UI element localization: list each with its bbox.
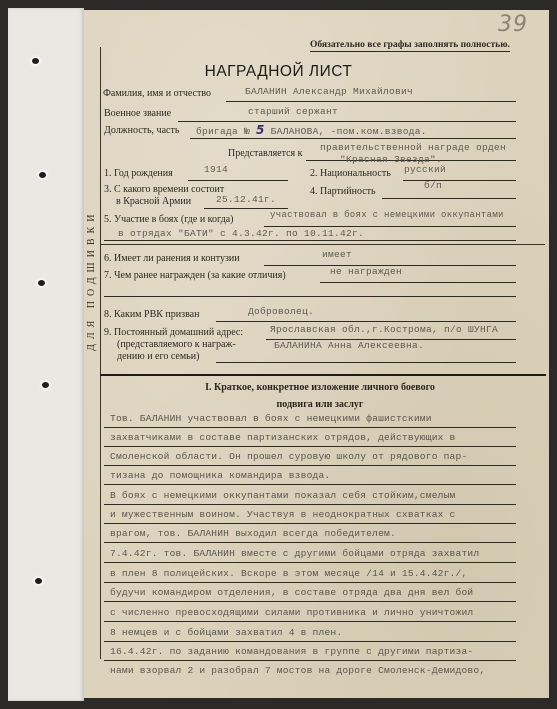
wounds-value: имеет bbox=[322, 249, 352, 260]
army-since-underline bbox=[204, 208, 288, 209]
address-value-line1: Ярославская обл.,г.Кострома, п/о ШУНГА bbox=[270, 324, 498, 335]
nominated-value-line1: правительственной награде орден bbox=[320, 142, 506, 153]
ruled-line bbox=[104, 484, 516, 485]
narrative-line: в плен 8 полицейских. Вскоре в этом меся… bbox=[110, 568, 467, 579]
rank-label: Военное звание bbox=[104, 108, 171, 119]
narrative-line: и мужественным воином. Участвуя в неодно… bbox=[110, 509, 456, 520]
blank-line bbox=[104, 296, 516, 297]
ruled-line bbox=[104, 523, 516, 524]
address-label-line2: (представляемого к нагpаж- bbox=[117, 339, 236, 350]
army-since-label-line1: 3. С какого времени состоит bbox=[104, 184, 224, 195]
birth-year-label: 1. Год рождения bbox=[104, 168, 173, 179]
birth-year-underline bbox=[188, 180, 288, 181]
rvk-label: 8. Каким РВК призван bbox=[104, 309, 199, 320]
nationality-underline bbox=[403, 180, 516, 181]
document-title: НАГРАДНОЙ ЛИСТ bbox=[0, 63, 557, 81]
rvk-underline bbox=[216, 321, 516, 322]
punch-hole bbox=[39, 172, 46, 178]
narrative-line: 7.4.42г. тов. БАЛАНИН вместе с другими б… bbox=[110, 548, 479, 559]
ruled-line bbox=[104, 427, 516, 428]
battles-label: 5. Участие в боях (где и когда) bbox=[104, 214, 234, 225]
address-label-line3: дению и его семьи) bbox=[117, 351, 199, 362]
narrative-line: захватчиками в составе партизанских отря… bbox=[110, 432, 456, 443]
narrative-line: с численно превосходящими силами противн… bbox=[110, 607, 473, 618]
punch-hole bbox=[35, 578, 42, 584]
narrative-line: тизана до помощника командира взвода. bbox=[110, 470, 330, 481]
position-label: Должность, часть bbox=[104, 125, 179, 136]
ruled-line bbox=[104, 542, 516, 543]
narrative-line: В боях с немецкими оккупантами показал с… bbox=[110, 490, 456, 501]
ruled-line bbox=[104, 582, 516, 583]
name-value: БАЛАНИН Александр Михайлович bbox=[245, 86, 413, 97]
party-underline bbox=[382, 198, 516, 199]
narrative-line: будучи командиром отделения, в составе о… bbox=[110, 587, 473, 598]
divider bbox=[100, 244, 545, 245]
party-label: 4. Партийность bbox=[310, 186, 376, 197]
prev-awards-label: 7. Чем ранее награжден (за какие отличия… bbox=[104, 270, 286, 281]
position-value: бригада № 5 БАЛАНОВА, -пом.ком.взвода. bbox=[196, 123, 427, 137]
army-since-value: 25.12.41г. bbox=[216, 194, 276, 205]
binding-margin-label: ДЛЯ ПОДШИВКИ bbox=[86, 180, 100, 380]
ruled-line bbox=[104, 465, 516, 466]
rank-value: старший сержант bbox=[248, 106, 338, 117]
prev-awards-value: не награжден bbox=[330, 266, 402, 277]
battles-underline-2 bbox=[104, 240, 516, 241]
name-underline bbox=[226, 101, 516, 102]
wounds-label: 6. Имеет ли ранения и контузии bbox=[104, 253, 240, 264]
ruled-line bbox=[104, 446, 516, 447]
address-label-line1: 9. Постоянный домашний адрес: bbox=[104, 327, 243, 338]
nationality-label: 2. Национальность bbox=[310, 168, 391, 179]
party-value: б/п bbox=[424, 180, 442, 191]
narrative-line: врагом, тов. БАЛАНИН выходил всегда побе… bbox=[110, 528, 396, 539]
narrative-line: 16.4.42г. по заданию командования в груп… bbox=[110, 646, 473, 657]
binding-strip bbox=[8, 8, 84, 701]
punch-hole bbox=[38, 280, 45, 286]
section-title-line2: подвига или заслуг bbox=[100, 399, 540, 410]
ruled-line bbox=[104, 660, 516, 661]
narrative-line: нами взорвал 2 и разобрал 7 мостов на до… bbox=[110, 665, 485, 676]
name-label: Фамилия, имя и отчество bbox=[103, 88, 211, 99]
ruled-line bbox=[104, 601, 516, 602]
army-since-label-line2: в Красной Армии bbox=[116, 196, 191, 207]
prev-awards-underline bbox=[320, 282, 516, 283]
battles-value-line1: участвовал в боях с немецкими оккупантам… bbox=[270, 210, 504, 220]
ruled-line bbox=[104, 641, 516, 642]
rank-underline bbox=[178, 121, 516, 122]
narrative-line: Смоленской области. Он прошел суровую шк… bbox=[110, 451, 467, 462]
nationality-value: русский bbox=[404, 164, 446, 175]
address-underline-2 bbox=[216, 362, 516, 363]
battles-underline bbox=[264, 226, 516, 227]
rvk-value: Доброволец. bbox=[248, 306, 314, 317]
page-number: 39 bbox=[498, 12, 528, 37]
punch-hole bbox=[42, 382, 49, 388]
section-title-line1: I. Краткое, конкретное изложение личного… bbox=[100, 382, 540, 393]
ruled-line bbox=[104, 504, 516, 505]
ruled-line bbox=[104, 621, 516, 622]
margin-rule bbox=[100, 47, 101, 659]
battles-value-line2: в отрядах "БАТИ" с 4.3.42г. по 10.11.42г… bbox=[118, 228, 364, 239]
section-divider bbox=[100, 374, 546, 376]
fill-all-notice: Обязательно все графы заполнять полность… bbox=[310, 40, 510, 52]
ruled-line bbox=[104, 562, 516, 563]
narrative-line: Тов. БАЛАНИН участвовал в боях с немецки… bbox=[110, 413, 432, 424]
nominated-label: Представляется к bbox=[228, 148, 303, 159]
address-value-line2: БАЛАНИНА Анна Алексеевна. bbox=[274, 340, 424, 351]
narrative-line: 8 немцев и с бойцами захватил 4 в плен. bbox=[110, 627, 342, 638]
birth-year-value: 1914 bbox=[204, 164, 228, 175]
position-underline bbox=[190, 138, 516, 139]
